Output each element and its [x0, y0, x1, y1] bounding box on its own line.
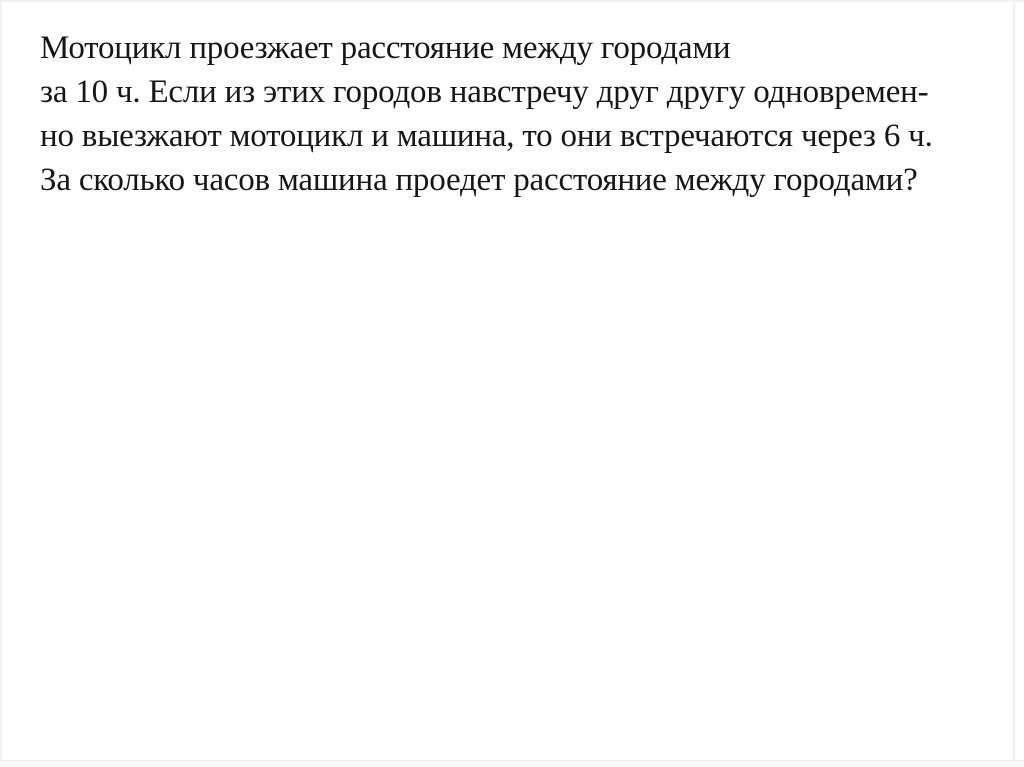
problem-line-3: но выезжают мотоцикл и машина, то они вс… — [40, 114, 933, 158]
problem-line-4: За сколько часов машина проедет расстоян… — [40, 158, 933, 202]
slide: Мотоцикл проезжает расстояние между горо… — [0, 0, 1024, 767]
slide-right-edge — [1013, 0, 1015, 767]
problem-line-1: Мотоцикл проезжает расстояние между горо… — [40, 26, 933, 70]
slide-left-edge — [0, 0, 2, 767]
slide-top-edge — [0, 0, 1024, 2]
problem-line-2: за 10 ч. Если из этих городов навстречу … — [40, 70, 933, 114]
slide-bottom-edge — [0, 760, 1024, 767]
problem-text: Мотоцикл проезжает расстояние между горо… — [40, 26, 933, 202]
